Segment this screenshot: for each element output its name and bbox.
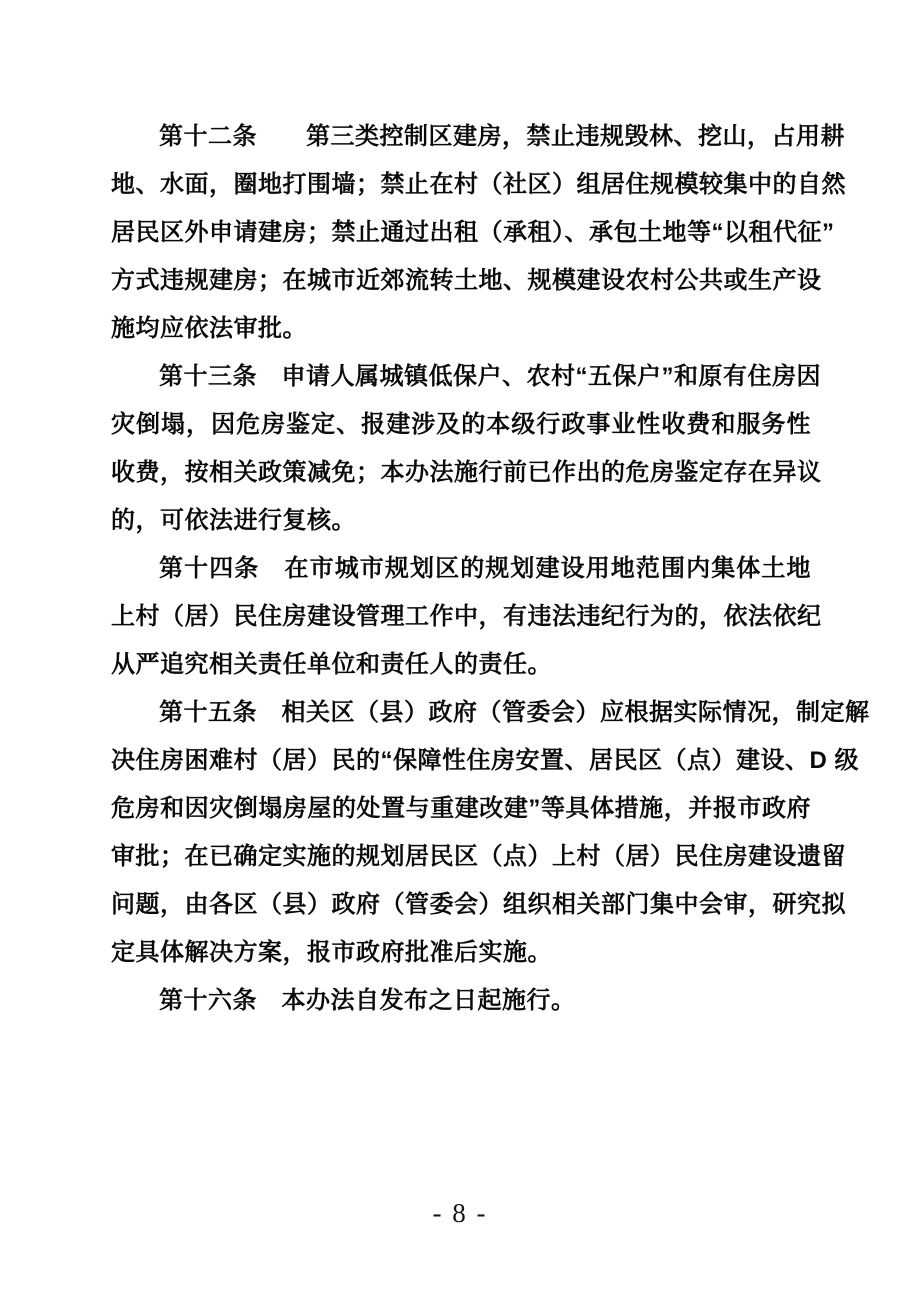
text-line: 第十五条 相关区（县）政府（管委会）应根据实际情况，制定解: [111, 689, 811, 737]
text-line: 第十三条 申请人属城镇低保户、农村“五保户”和原有住房因: [111, 353, 811, 401]
paragraph-article-14: 第十四条 在市城市规划区的规划建设用地范围内集体土地上村（居）民住房建设管理工作…: [111, 545, 811, 689]
text-line: 决住房困难村（居）民的“保障性住房安置、居民区（点）建设、D 级: [111, 737, 811, 785]
text-line: 方式违规建房；在城市近郊流转土地、规模建设农村公共或生产设: [111, 257, 811, 305]
text-line: 问题，由各区（县）政府（管委会）组织相关部门集中会审，研究拟: [111, 881, 811, 929]
paragraph-article-16: 第十六条 本办法自发布之日起施行。: [111, 977, 811, 1025]
text-line: 危房和因灾倒塌房屋的处置与重建改建”等具体措施，并报市政府: [111, 785, 811, 833]
page-footer: - 8 -: [0, 1198, 920, 1229]
text-line: 第十六条 本办法自发布之日起施行。: [111, 977, 811, 1025]
text-line: 居民区外申请建房；禁止通过出租（承租）、承包土地等“以租代征”: [111, 209, 811, 257]
text-line: 的，可依法进行复核。: [111, 497, 811, 545]
paragraph-article-15: 第十五条 相关区（县）政府（管委会）应根据实际情况，制定解决住房困难村（居）民的…: [111, 689, 811, 977]
document-body: 第十二条 第三类控制区建房，禁止违规毁林、挖山，占用耕地、水面，圈地打围墙；禁止…: [111, 113, 811, 1025]
text-line: 审批；在已确定实施的规划居民区（点）上村（居）民住房建设遗留: [111, 833, 811, 881]
text-line: 上村（居）民住房建设管理工作中，有违法违纪行为的，依法依纪: [111, 593, 811, 641]
page-number: - 8 -: [433, 1198, 488, 1228]
text-line: 第十四条 在市城市规划区的规划建设用地范围内集体土地: [111, 545, 811, 593]
text-line: 定具体解决方案，报市政府批准后实施。: [111, 929, 811, 977]
text-line: 施均应依法审批。: [111, 305, 811, 353]
text-line: 灾倒塌，因危房鉴定、报建涉及的本级行政事业性收费和服务性: [111, 401, 811, 449]
text-line: 地、水面，圈地打围墙；禁止在村（社区）组居住规模较集中的自然: [111, 161, 811, 209]
text-line: 收费，按相关政策减免；本办法施行前已作出的危房鉴定存在异议: [111, 449, 811, 497]
text-line: 第十二条 第三类控制区建房，禁止违规毁林、挖山，占用耕: [111, 113, 811, 161]
document-page: 第十二条 第三类控制区建房，禁止违规毁林、挖山，占用耕地、水面，圈地打围墙；禁止…: [0, 0, 920, 1302]
paragraph-article-13: 第十三条 申请人属城镇低保户、农村“五保户”和原有住房因灾倒塌，因危房鉴定、报建…: [111, 353, 811, 545]
text-line: 从严追究相关责任单位和责任人的责任。: [111, 641, 811, 689]
paragraph-article-12: 第十二条 第三类控制区建房，禁止违规毁林、挖山，占用耕地、水面，圈地打围墙；禁止…: [111, 113, 811, 353]
